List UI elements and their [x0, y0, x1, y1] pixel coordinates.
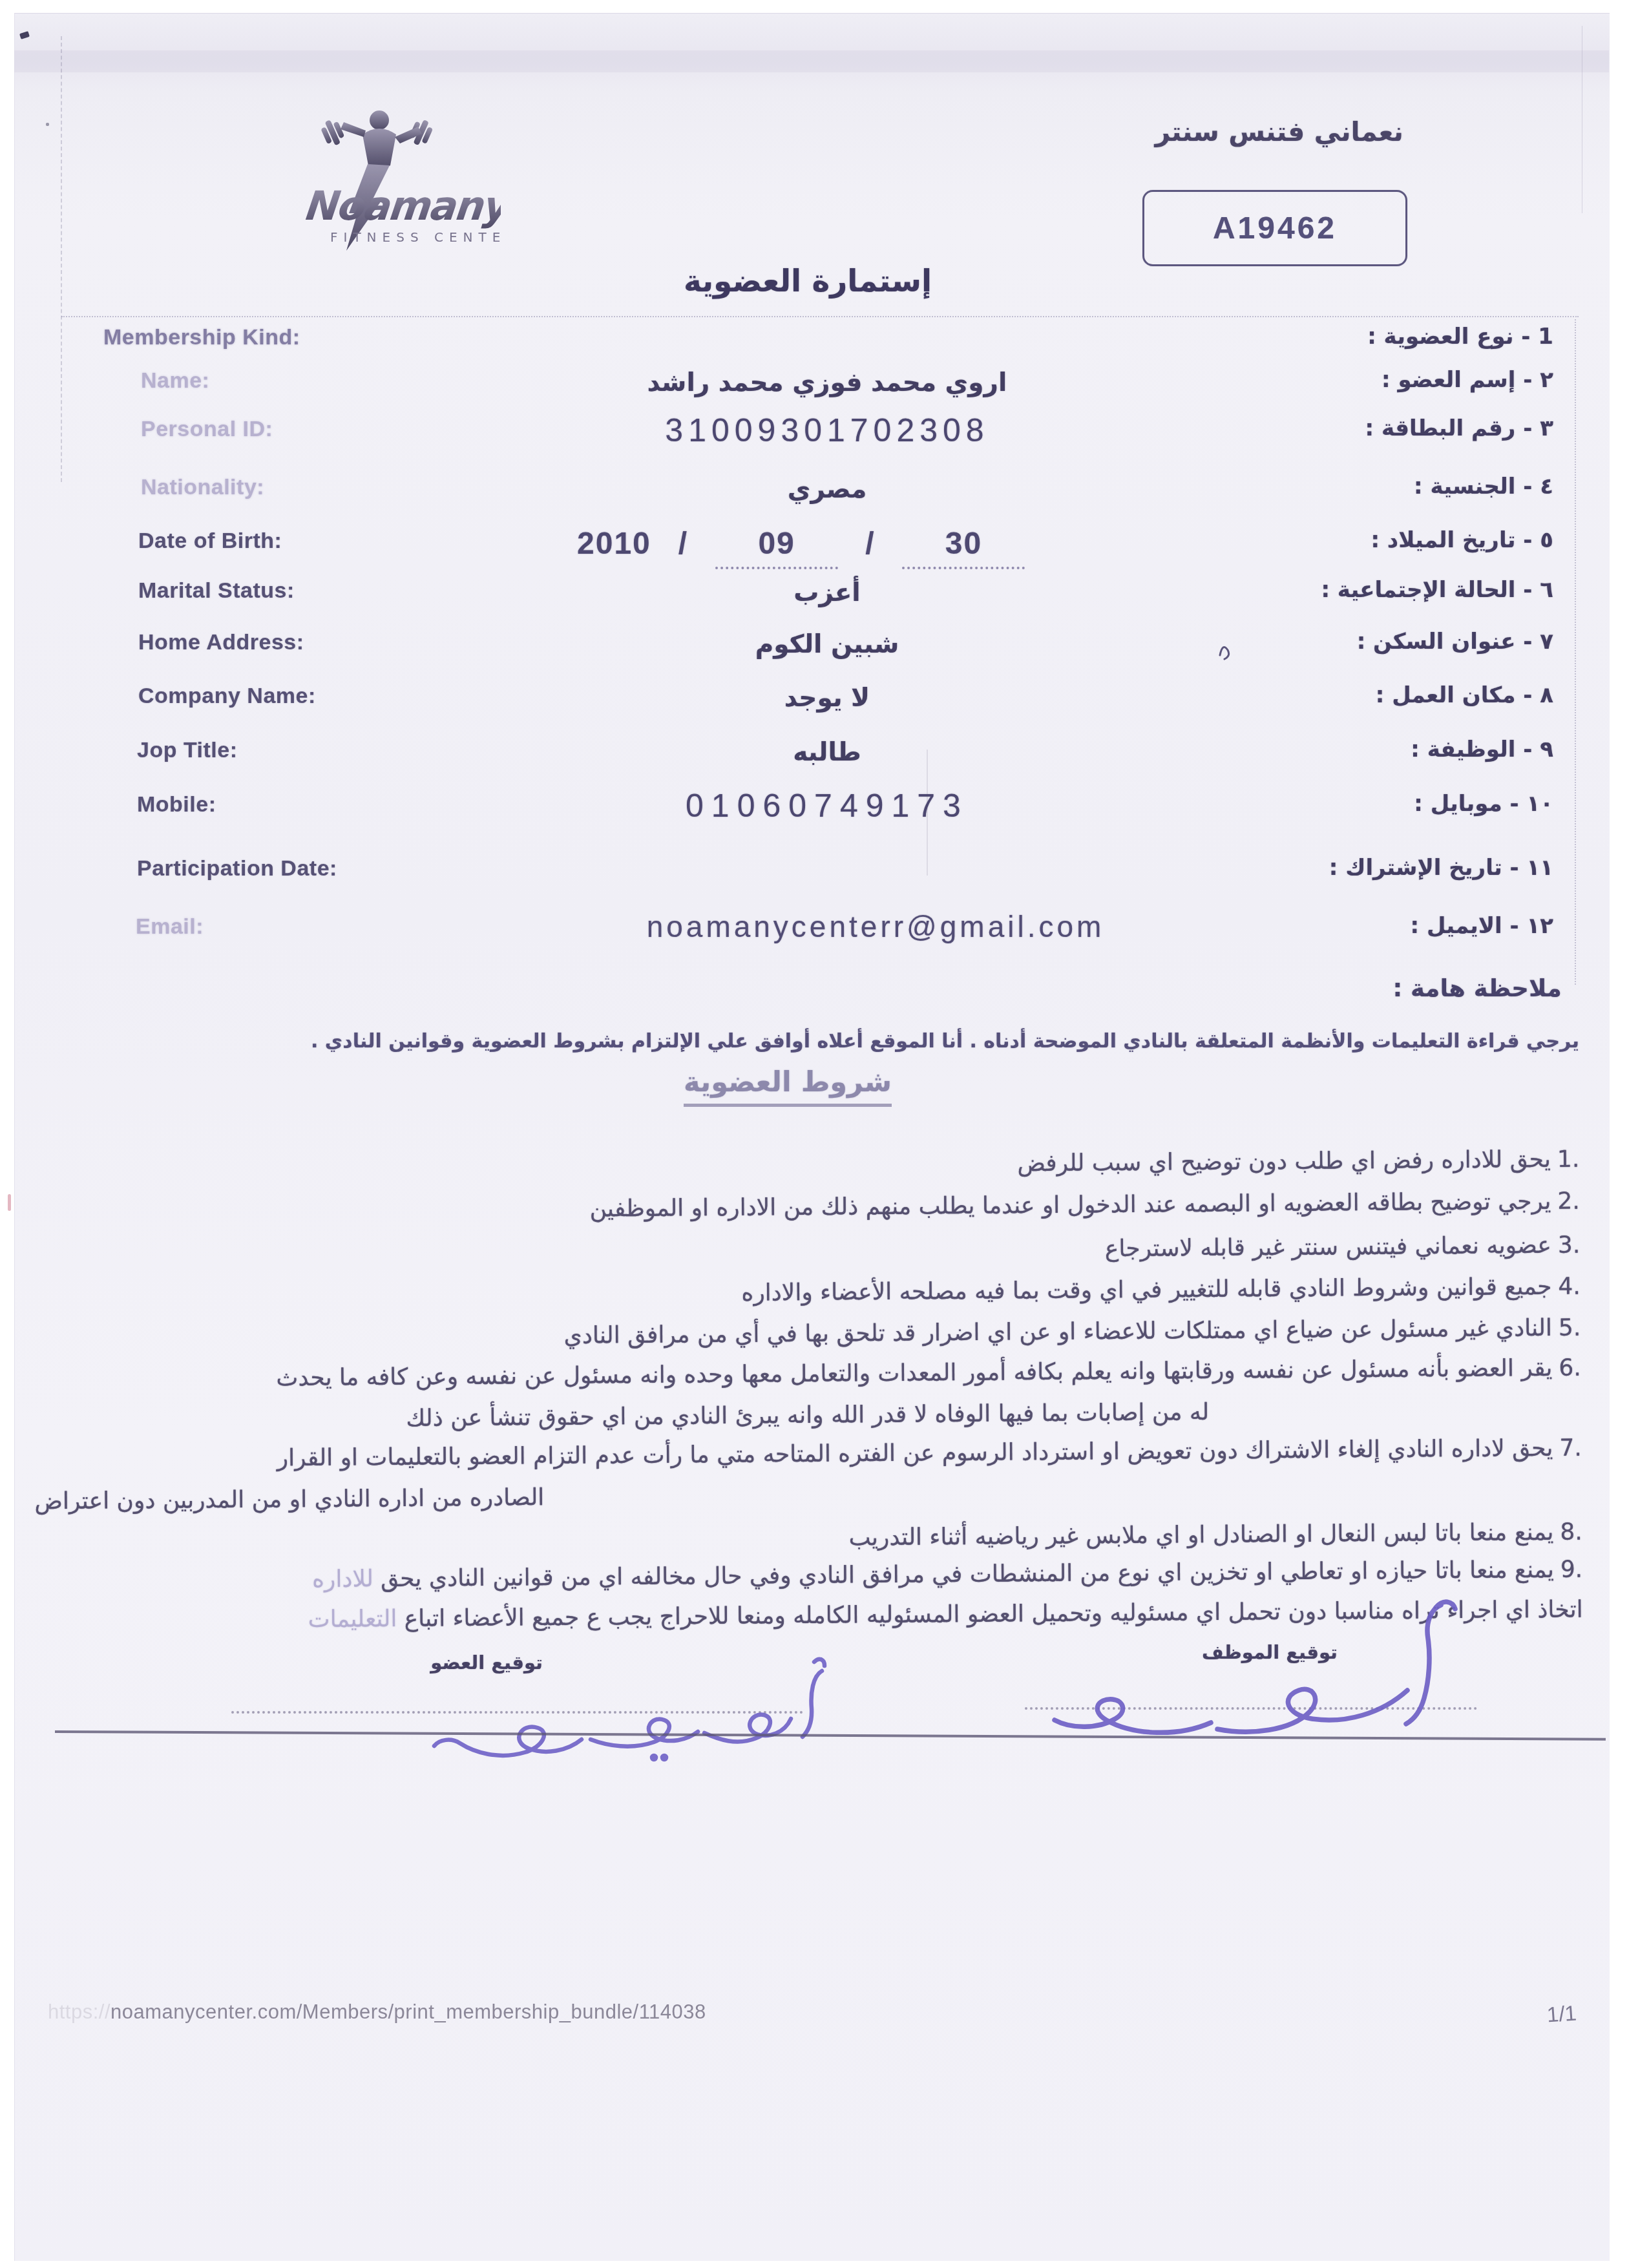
field-label-en: Date of Birth: — [138, 529, 282, 554]
field-number-ar: ٤ — [1540, 474, 1553, 499]
term-text: يحق للاداره رفض اي طلب دون توضيح اي سبب … — [1017, 1146, 1551, 1177]
field-label-ar: ٦ - الحالة الإجتماعية : — [1321, 577, 1553, 603]
field-number-ar: ٧ — [1540, 629, 1553, 655]
member-signature — [362, 1654, 840, 1783]
footer-url-text: noamanycenter.com/Members/print_membersh… — [110, 2000, 706, 2023]
field-label-ar: ٤ - الجنسية : — [1414, 474, 1553, 499]
term-number: 6. — [1559, 1355, 1581, 1381]
field-label-ar-text: الوظيفة : — [1411, 737, 1515, 762]
term-number: 7. — [1559, 1435, 1582, 1462]
term-number: 4. — [1558, 1274, 1581, 1300]
field-label-ar: ٩ - الوظيفة : — [1411, 737, 1553, 762]
field-value: اروي محمد فوزي محمد راشد — [536, 368, 1118, 397]
field-label-ar: ١٠ - موبايل : — [1414, 791, 1553, 817]
field-number-ar: ٩ — [1540, 737, 1553, 762]
term-text-faded: للاداره — [312, 1566, 373, 1593]
field-label-ar: ٧ - عنوان السكن : — [1357, 629, 1553, 655]
brand-logo: Noamany FITNESS CENTER — [268, 102, 501, 256]
term-text: عضويه نعماني فيتنس سنتر غير قابله لاسترج… — [1105, 1232, 1551, 1262]
important-note-body: يرجي قراءة التعليمات والأنظمة المتعلقة ب… — [311, 1030, 1579, 1053]
field-label-en: Mobile: — [137, 792, 216, 817]
pink-mark — [8, 1194, 11, 1211]
field-label-ar-text: رقم البطاقة : — [1365, 415, 1516, 441]
paper-crease-line — [61, 36, 62, 482]
term-number: 5. — [1559, 1315, 1581, 1341]
field-number-ar: ١١ — [1526, 855, 1553, 881]
field-value: أعزب — [536, 578, 1118, 607]
brand-name: Noamany — [303, 182, 501, 229]
field-value: طالبه — [536, 738, 1118, 767]
field-label-en: Membership Kind: — [103, 325, 300, 350]
field-label-ar: ٢ - إسم العضو : — [1381, 367, 1553, 393]
field-label-en: Company Name: — [138, 684, 316, 709]
field-number-ar: ٨ — [1540, 682, 1553, 708]
term-text-faded: التعليمات — [308, 1606, 397, 1633]
field-label-en: Jop Title: — [137, 738, 238, 763]
term-text: يمنع منعا باتا لبس النعال او الصنادل او … — [848, 1519, 1553, 1551]
field-label-en: Name: — [141, 368, 209, 394]
field-number-ar: ١٠ — [1526, 791, 1553, 817]
field-number-ar: 1 — [1538, 324, 1553, 350]
term-number: 2. — [1557, 1188, 1580, 1215]
scan-tint-band — [14, 50, 1609, 72]
field-label-ar: ٨ - مكان العمل : — [1376, 682, 1553, 708]
dob-year: 2010 — [577, 526, 651, 562]
staff-signature — [1045, 1591, 1485, 1752]
field-value: لا يوجد — [536, 684, 1118, 713]
field-number-ar: ٣ — [1540, 415, 1553, 441]
term-number: 8. — [1560, 1519, 1582, 1546]
footer-url-prefix: https:// — [48, 2000, 110, 2023]
field-label-ar-text: الحالة الإجتماعية : — [1321, 577, 1515, 603]
field-number-ar: ١٢ — [1526, 913, 1553, 939]
field-label-ar-text: مكان العمل : — [1376, 682, 1516, 708]
field-label-en: Email: — [136, 914, 204, 940]
term-number: 9. — [1560, 1557, 1583, 1583]
field-label-ar-text: موبايل : — [1414, 791, 1502, 817]
field-number-ar: ٦ — [1540, 577, 1553, 603]
table-right-border — [1575, 319, 1576, 985]
field-number-ar: ٢ — [1540, 367, 1553, 393]
dumbbell-left-icon — [319, 117, 346, 148]
field-label-ar: ١١ - تاريخ الإشتراك : — [1329, 855, 1553, 881]
footer-url: https://noamanycenter.com/Members/print_… — [48, 2000, 706, 2024]
paper-edge-line — [1582, 26, 1582, 213]
field-value: مصري — [536, 475, 1118, 504]
important-note-heading: ملاحظة هامة : — [1392, 974, 1562, 1002]
field-label-ar-text: عنوان السكن : — [1357, 629, 1516, 655]
field-number-ar: ٥ — [1540, 527, 1553, 553]
form-title: إستمارة العضوية — [0, 264, 1615, 299]
field-label-ar: 1 - نوع العضوية : — [1367, 324, 1553, 350]
field-label-en: Personal ID: — [141, 417, 273, 442]
field-label-en: Participation Date: — [137, 856, 337, 881]
field-value: 31009301702308 — [536, 412, 1118, 449]
term-number: 3. — [1558, 1232, 1581, 1259]
field-label-ar-text: تاريخ الميلاد : — [1371, 527, 1515, 553]
dob-day: 30 — [902, 526, 1025, 569]
title-underline — [61, 316, 1579, 317]
field-label-ar-text: الايميل : — [1410, 913, 1502, 939]
scan-speck — [46, 123, 49, 126]
field-label-ar-text: نوع العضوية : — [1367, 324, 1513, 350]
field-label-ar-text: الجنسية : — [1414, 474, 1515, 499]
terms-title: شروط العضوية — [684, 1066, 892, 1107]
field-value: 01060749173 — [536, 787, 1118, 824]
field-label-ar: ٣ - رقم البطاقة : — [1365, 415, 1553, 441]
terms-list: 1.يحق للاداره رفض اي طلب دون توضيح اي سب… — [23, 0, 1570, 6]
field-label-ar: ٥ - تاريخ الميلاد : — [1371, 527, 1553, 553]
field-label-ar-text: إسم العضو : — [1381, 367, 1515, 393]
field-label-ar-text: تاريخ الإشتراك : — [1329, 855, 1502, 881]
page-indicator: 1/1 — [1546, 2000, 1577, 2027]
scanned-membership-form: Noamany FITNESS CENTER نعماني فتنس سنتر … — [0, 0, 1649, 2268]
center-name-arabic: نعماني فتنس سنتر — [1155, 116, 1403, 147]
pen-tick-mark — [1216, 638, 1233, 660]
dob-separator: / — [678, 526, 688, 562]
term-number: 1. — [1557, 1146, 1580, 1173]
membership-code: A19462 — [1213, 211, 1337, 246]
dob-separator: / — [865, 526, 875, 562]
dob-value: 2010/09/30 — [577, 526, 1025, 569]
brand-subtitle: FITNESS CENTER — [330, 229, 501, 245]
field-label-en: Nationality: — [141, 475, 264, 500]
field-label-ar: ١٢ - الايميل : — [1410, 913, 1553, 939]
field-value: شبين الكوم — [536, 630, 1118, 659]
field-label-en: Marital Status: — [138, 578, 295, 604]
dob-month: 09 — [715, 526, 838, 569]
term-text: الصادره من اداره النادي او من المدربين د… — [34, 1484, 544, 1515]
field-value: noamanycenterr@gmail.com — [536, 909, 1215, 944]
membership-code-box: A19462 — [1142, 190, 1407, 266]
logo-figure-icon: Noamany FITNESS CENTER — [268, 102, 501, 256]
field-label-en: Home Address: — [138, 630, 304, 655]
